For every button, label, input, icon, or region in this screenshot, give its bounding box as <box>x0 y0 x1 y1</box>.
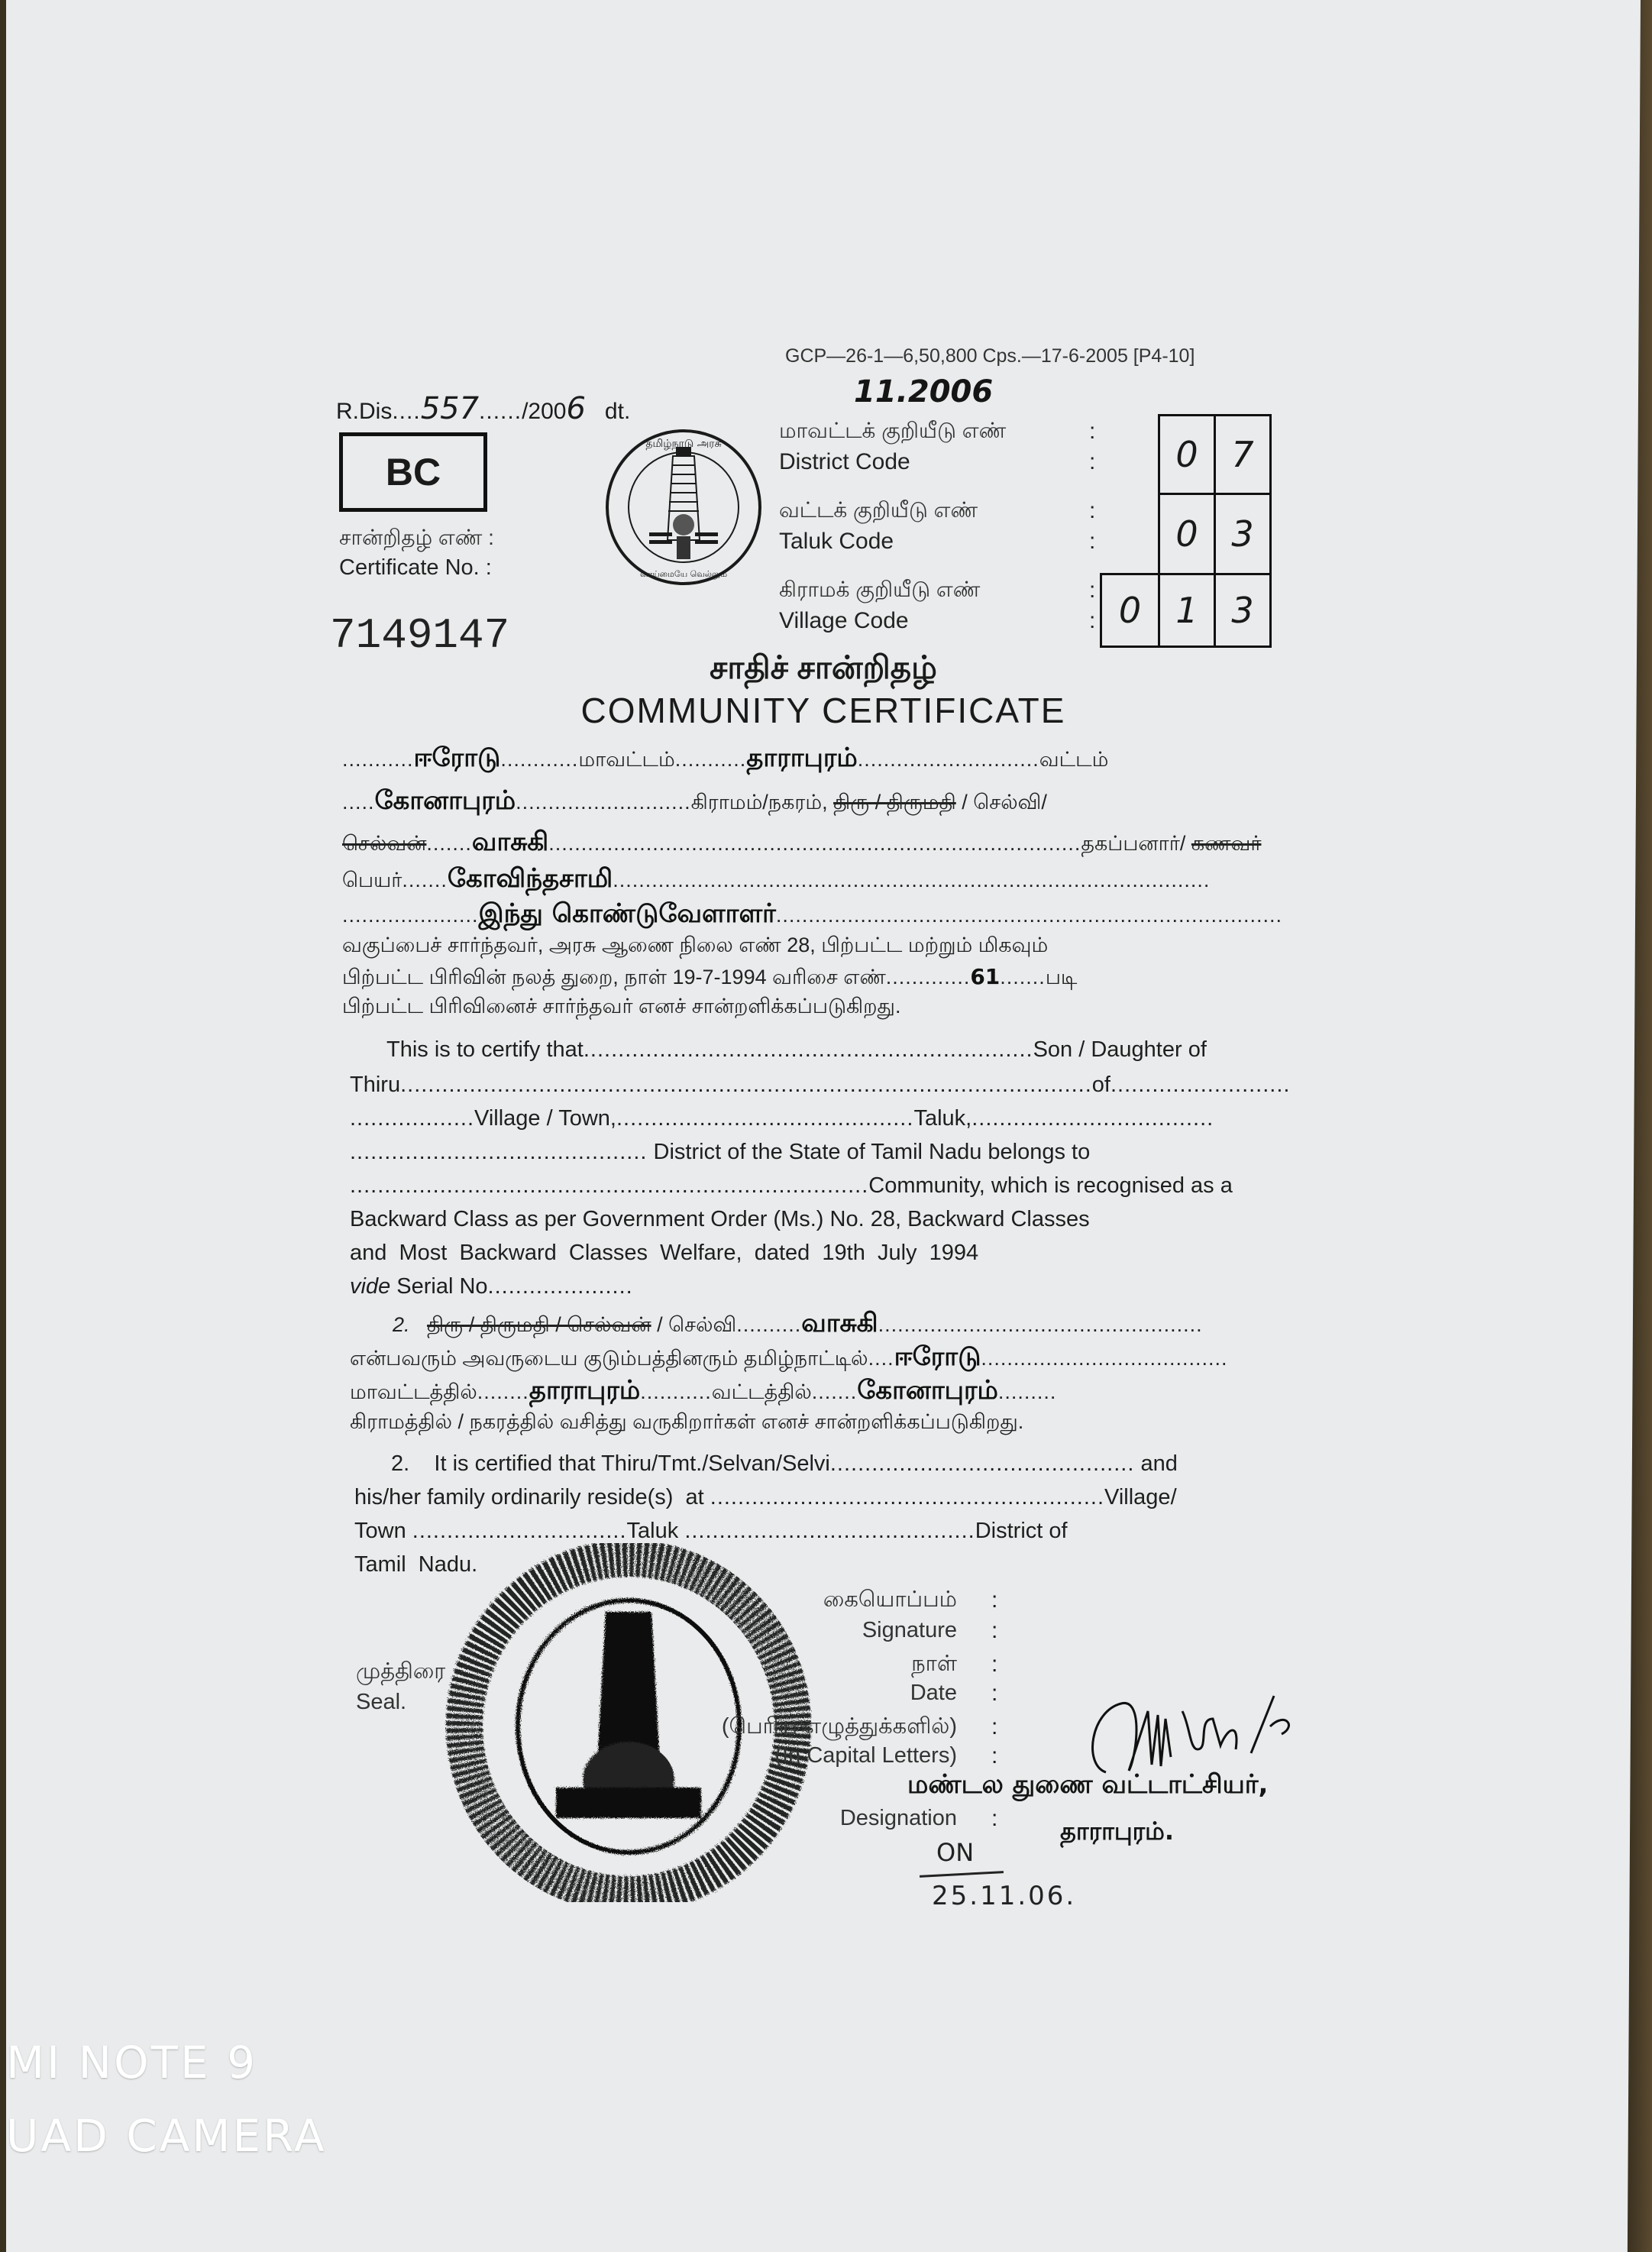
text: Taluk <box>627 1519 679 1543</box>
initial-hw: ON <box>936 1838 974 1867</box>
struck-title: திரு / திருமதி / செல்வன் <box>427 1313 651 1336</box>
handwritten-serial: 61 <box>970 964 1000 989</box>
code-grid: 0 7 0 3 0 1 3 <box>1092 414 1275 648</box>
signature-label-en: Signature <box>862 1618 957 1643</box>
section2-ta-line-3: மாவட்டத்தில்........தாராபுரம்...........… <box>350 1375 1056 1409</box>
text: 2. <box>350 1313 410 1336</box>
text: Serial No <box>390 1274 487 1299</box>
emblem-motto: வாய்மையே வெல்லும் <box>640 569 727 579</box>
struck-husband: கணவர் <box>1191 832 1262 855</box>
taluk-code-digit: 3 <box>1214 493 1272 575</box>
designation-label: Designation <box>840 1806 957 1831</box>
english-line-5: ........................................… <box>350 1173 1233 1199</box>
label: கிராமம்/நகரம், <box>691 791 828 814</box>
text: of <box>1092 1073 1110 1097</box>
seal-label-ta: முத்திரை <box>356 1659 445 1687</box>
handwritten-taluk: தாராபுரம் <box>529 1375 640 1406</box>
handwritten-district: ஈரோடு <box>414 743 501 773</box>
tamil-line-community: .....................இந்து கொண்டுவேளாளர்… <box>342 898 1282 932</box>
text: Thiru <box>350 1073 400 1097</box>
english-line-1: This is to certify that.................… <box>350 1037 1207 1063</box>
colon: : <box>991 1681 997 1707</box>
date-label-ta: நாள் <box>911 1652 957 1679</box>
label: தகப்பனார்/ <box>1081 832 1185 855</box>
section2-ta-line-4: கிராமத்தில் / நகரத்தில் வசித்து வருகிறார… <box>350 1410 1023 1437</box>
colon: : <box>991 1652 997 1678</box>
label: / செல்வி/ <box>956 791 1047 814</box>
capital-letters-label-ta: (பெரிய எழுத்துக்களில்) <box>722 1714 957 1742</box>
english-line-6: Backward Class as per Government Order (… <box>350 1207 1090 1232</box>
text: பிற்பட்ட பிரிவின் நலத் துறை, நாள் 19-7-1… <box>342 966 886 988</box>
text: Village / Town, <box>474 1106 616 1131</box>
tamil-line-district: ...........ஈரோடு............மாவட்டம்....… <box>342 743 1108 776</box>
ref-dots: ...... <box>479 399 522 424</box>
struck-title: திரு / திருமதி <box>833 791 956 814</box>
text: District of <box>975 1519 1068 1543</box>
handwritten-village: கோனாபுரம் <box>857 1375 998 1406</box>
text: and <box>1140 1451 1177 1476</box>
colon: : <box>991 1806 997 1832</box>
tamil-line-name: செல்வன்.......வாசுகி....................… <box>342 827 1261 860</box>
camera-watermark-line-1: MI NOTE 9 <box>6 2037 257 2089</box>
village-code-digit: 0 <box>1100 573 1160 648</box>
ref-date-hw: 11.2006 <box>854 374 993 409</box>
text: படி <box>1046 966 1078 988</box>
section2-en-line-2: his/her family ordinarily reside(s) at .… <box>354 1485 1177 1510</box>
capital-letters-label-en: (In Capital Letters) <box>774 1743 957 1768</box>
struck-selvan: செல்வன் <box>342 832 426 855</box>
text: his/her family ordinarily reside(s) at <box>354 1485 704 1509</box>
district-code-digit: 7 <box>1214 414 1272 495</box>
ref-prefix: R.Dis <box>336 399 392 424</box>
label: வட்டம் <box>1039 748 1109 771</box>
text: வட்டத்தில் <box>712 1380 812 1403</box>
district-code-label-ta: மாவட்டக் குறியீடு எண் <box>779 419 1006 446</box>
colon: : <box>991 1618 997 1644</box>
text: என்பவரும் அவருடைய குடும்பத்தினரும் தமிழ்… <box>350 1347 868 1370</box>
tamil-line-village: .....கோனாபுரம்..........................… <box>342 785 1047 819</box>
tamil-line-2: பிற்பட்ட பிரிவின் நலத் துறை, நாள் 19-7-1… <box>342 964 1077 992</box>
camera-watermark-line-2: UAD CAMERA <box>6 2110 327 2162</box>
village-code-label-ta: கிராமக் குறியீடு எண் <box>779 578 980 605</box>
text: Village/ <box>1104 1485 1177 1509</box>
english-line-2: Thiru...................................… <box>350 1073 1290 1098</box>
certificate-no-label-ta: சான்றிதழ் எண் : <box>339 526 494 553</box>
english-line-4: ........................................… <box>350 1140 1090 1165</box>
section2-ta-line-2: என்பவரும் அவருடைய குடும்பத்தினரும் தமிழ்… <box>350 1341 1227 1375</box>
handwritten-village: கோனாபுரம் <box>375 785 516 816</box>
text: It is certified that Thiru/Tmt./Selvan/S… <box>434 1451 829 1476</box>
title-tamil: சாதிச் சான்றிதழ் <box>6 649 1641 691</box>
text: 2. <box>354 1451 409 1476</box>
certificate-no-label-en: Certificate No. : <box>339 555 492 581</box>
text: / செல்வி <box>651 1313 737 1336</box>
signed-date-hw: 25.11.06. <box>932 1881 1076 1911</box>
village-code-digit: 1 <box>1158 573 1216 648</box>
category-badge: BC <box>339 432 487 512</box>
handwritten-name: வாசுகி <box>472 827 548 857</box>
section2-en-line-1: 2. It is certified that Thiru/Tmt./Selva… <box>354 1451 1178 1477</box>
tamil-line-3: பிற்பட்ட பிரிவினைச் சார்ந்தவர் எனச் சான்… <box>342 995 900 1021</box>
text: Taluk, <box>913 1106 971 1131</box>
english-line-7: and Most Backward Classes Welfare, dated… <box>350 1241 978 1266</box>
colon: : <box>991 1714 997 1740</box>
handwritten-district: ஈரோடு <box>894 1341 981 1372</box>
ref-dots: .... <box>392 399 420 424</box>
village-code-digit: 3 <box>1214 573 1272 648</box>
reference-number: R.Dis....557....../2006 dt. <box>336 391 630 426</box>
date-label-en: Date <box>910 1681 957 1706</box>
tamil-nadu-emblem-icon: தமிழ்நாடு அரசு வாய்மையே வெல்லும் <box>602 425 766 590</box>
handwritten-community: இந்து கொண்டுவேளாளர் <box>479 898 776 929</box>
text: Town <box>354 1519 406 1543</box>
section2-en-line-3: Town ...............................Talu… <box>354 1519 1068 1544</box>
designation-stamp-line-1: மண்டல துணை வட்டாட்சியர், <box>907 1769 1268 1803</box>
certificate-paper: GCP—26-1—6,50,800 Cps.—17-6-2005 [P4-10]… <box>6 0 1641 2252</box>
text: vide <box>350 1274 390 1299</box>
ref-year: /200 <box>522 399 566 424</box>
taluk-code-digit: 0 <box>1158 493 1216 575</box>
district-code-label-en: District Code <box>779 449 910 475</box>
ref-number-hw: 557 <box>421 391 479 426</box>
divider <box>920 1871 1004 1878</box>
handwritten-name: வாசுகி <box>801 1308 878 1338</box>
label: மாவட்டம் <box>578 748 674 771</box>
text: District of the State of Tamil Nadu belo… <box>654 1140 1091 1164</box>
designation-stamp-line-2: தாராபுரம். <box>1060 1817 1174 1849</box>
english-line-8: vide Serial No..................... <box>350 1274 633 1299</box>
english-line-3: ..................Village / Town,.......… <box>350 1106 1214 1131</box>
text: This is to certify that <box>350 1037 584 1062</box>
text: Son / Daughter of <box>1033 1037 1207 1062</box>
tamil-line-1: வகுப்பைச் சார்ந்தவர், அரசு ஆணை நிலை எண் … <box>342 933 1048 960</box>
handwritten-father-name: கோவிந்தசாமி <box>448 863 613 894</box>
text: Community, which is recognised as a <box>868 1173 1233 1198</box>
taluk-code-label-en: Taluk Code <box>779 529 894 555</box>
district-code-digit: 0 <box>1158 414 1216 495</box>
label: பெயர் <box>342 869 402 891</box>
village-code-label-en: Village Code <box>779 608 909 634</box>
emblem-text: தமிழ்நாடு அரசு <box>645 438 721 450</box>
signature-label-ta: கையொப்பம் <box>823 1587 957 1615</box>
print-code: GCP—26-1—6,50,800 Cps.—17-6-2005 [P4-10] <box>785 345 1195 367</box>
handwritten-taluk: தாராபுரம் <box>746 743 857 773</box>
text: மாவட்டத்தில் <box>350 1380 477 1403</box>
ref-dt-label: dt. <box>605 399 630 424</box>
colon: : <box>991 1587 997 1613</box>
ref-year-hw: 6 <box>566 391 585 426</box>
taluk-code-label-ta: வட்டக் குறியீடு எண் <box>779 498 978 526</box>
section2-ta-line-1: 2. திரு / திருமதி / செல்வன் / செல்வி....… <box>350 1308 1203 1341</box>
title-english: COMMUNITY CERTIFICATE <box>6 690 1641 731</box>
colon: : <box>991 1743 997 1769</box>
tamil-line-father: பெயர்.......கோவிந்தசாமி.................… <box>342 863 1210 897</box>
seal-label-en: Seal. <box>356 1690 406 1715</box>
